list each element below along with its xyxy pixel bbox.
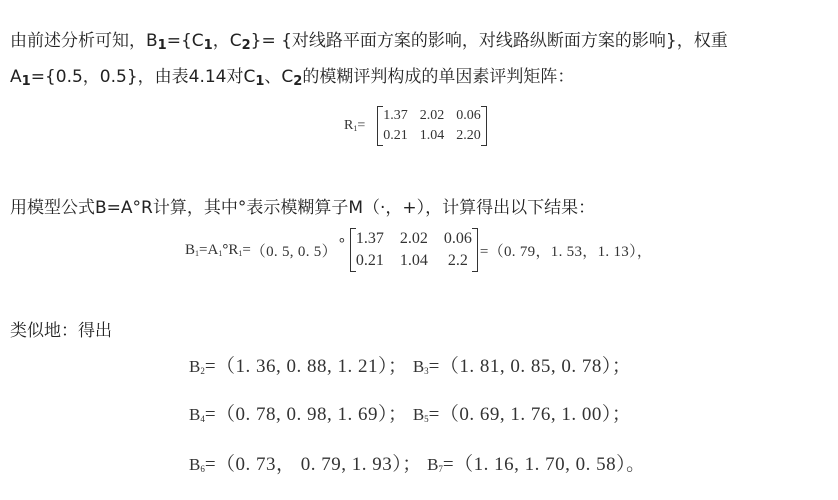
matrix-cell: 1.04 (420, 126, 445, 146)
intro-line-2-suffix: 的模糊评判构成的单因素评判矩阵： (302, 67, 574, 87)
intro-line-1-mid1: ={C (167, 31, 204, 51)
b-subscript: 1 (158, 38, 167, 53)
b1-equation: B1=A1°R1= （0. 5, 0. 5） ° 1.37 2.02 0.06 … (185, 228, 652, 272)
result-b3: B3=（1. 81, 0. 85, 0. 78）； (413, 356, 632, 377)
result-value: =（1. 16, 1. 70, 0. 58）。 (443, 454, 646, 475)
result-b2: B2=（1. 36, 0. 88, 1. 21）； (189, 356, 408, 377)
matrix-cell: 2.02 (400, 228, 428, 250)
matrix-r1-inline: 1.37 2.02 0.06 0.21 1.04 2.2 (350, 228, 478, 272)
equals-sign: = (242, 242, 250, 258)
r-label: R (344, 118, 353, 133)
result-value: =（0. 73， 0. 79, 1. 93）； (205, 454, 422, 475)
b-symbol: B (189, 357, 200, 376)
b1-lhs: B1=A1°R1= (185, 242, 251, 259)
matrix-cell: 1.37 (383, 106, 408, 126)
c1-subscript: 1 (204, 38, 213, 53)
result-b7: B7=（1. 16, 1. 70, 0. 58）。 (427, 454, 646, 475)
matrix-cell: 1.04 (400, 250, 428, 272)
c2-subscript: 2 (293, 74, 302, 89)
result-value: =（1. 36, 0. 88, 1. 21）； (205, 356, 408, 377)
matrix-cell: 2.02 (420, 106, 445, 126)
matrix-cell: 2.20 (456, 126, 481, 146)
b-symbol: B (413, 405, 424, 424)
result-value: =（0. 69, 1. 76, 1. 00）； (429, 404, 632, 425)
intro-line-2-mid1: ={0.5，0.5}，由表4.14对C (31, 67, 256, 87)
result-b5: B5=（0. 69, 1. 76, 1. 00）； (413, 404, 632, 425)
result-b4: B4=（0. 78, 0. 98, 1. 69）； (189, 404, 408, 425)
matrix-r1-label: R1= (344, 118, 365, 134)
b1-result: =（0. 79，1. 53，1. 13）， (480, 240, 652, 261)
r-symbol: R (228, 242, 238, 258)
matrix-r1-equation: R1= 1.37 2.02 0.06 0.21 1.04 2.20 (344, 106, 489, 146)
intro-line-1-prefix: 由前述分析可知，B (10, 31, 158, 51)
results-line-1: B2=（1. 36, 0. 88, 1. 21）； B3=（1. 81, 0. … (189, 351, 631, 378)
matrix-cell: 1.37 (356, 228, 384, 250)
matrix-cell: 0.21 (356, 250, 384, 272)
equals-sign: = (357, 118, 365, 133)
b-symbol: B (189, 405, 200, 424)
weight-vector: （0. 5, 0. 5） (251, 240, 337, 261)
b-symbol: B (189, 455, 200, 474)
matrix-cell: 0.21 (383, 126, 408, 146)
similarly-paragraph: 类似地：得出 (10, 320, 112, 342)
result-b6: B6=（0. 73， 0. 79, 1. 93）； (189, 454, 422, 475)
a-subscript: 1 (22, 74, 31, 89)
intro-line-1-mid2: ，C (213, 31, 242, 51)
intro-line-1: 由前述分析可知，B1={C1，C2}= {对线路平面方案的影响，对线路纵断面方案… (10, 30, 728, 52)
compose-operator: ° (339, 236, 345, 253)
result-value: =（0. 78, 0. 98, 1. 69）； (205, 404, 408, 425)
equals-a: =A (199, 242, 218, 258)
matrix-r1: 1.37 2.02 0.06 0.21 1.04 2.20 (377, 106, 487, 146)
matrix-cell: 0.06 (456, 106, 481, 126)
results-line-2: B4=（0. 78, 0. 98, 1. 69）； B5=（0. 69, 1. … (189, 399, 631, 426)
b-symbol: B (427, 455, 438, 474)
b-symbol: B (185, 242, 195, 258)
model-formula-paragraph: 用模型公式B=A°R计算，其中°表示模糊算子M（·，+），计算得出以下结果： (10, 197, 595, 219)
matrix-cell: 2.2 (444, 250, 472, 272)
c2-subscript: 2 (242, 38, 251, 53)
results-line-3: B6=（0. 73， 0. 79, 1. 93）； B7=（1. 16, 1. … (189, 449, 646, 476)
intro-line-2-mid2: 、C (264, 67, 293, 87)
intro-line-2: A1={0.5，0.5}，由表4.14对C1、C2的模糊评判构成的单因素评判矩阵… (10, 66, 574, 88)
b-symbol: B (413, 357, 424, 376)
result-value: =（1. 81, 0. 85, 0. 78）； (429, 356, 632, 377)
intro-line-1-suffix: }= {对线路平面方案的影响，对线路纵断面方案的影响}，权重 (251, 31, 728, 51)
intro-line-2-prefix: A (10, 67, 22, 87)
matrix-cell: 0.06 (444, 228, 472, 250)
